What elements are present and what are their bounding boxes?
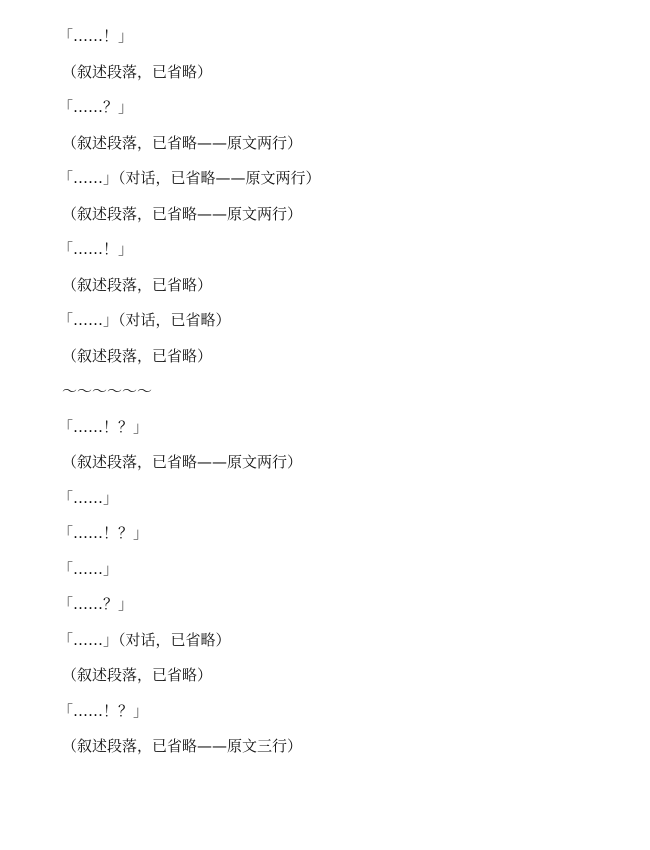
- dialogue-paragraph: 「……？」: [30, 590, 632, 619]
- narration-paragraph: （叙述段落，已省略——原文两行）: [30, 200, 632, 229]
- narration-paragraph: （叙述段落，已省略——原文两行）: [30, 448, 632, 477]
- dialogue-paragraph: 「……！」: [30, 22, 632, 51]
- narration-paragraph: （叙述段落，已省略）: [30, 342, 632, 371]
- dialogue-paragraph: 「……」（对话，已省略）: [30, 626, 632, 655]
- dialogue-paragraph: 「……」: [30, 555, 632, 584]
- dialogue-paragraph: 「……」: [30, 484, 632, 513]
- document-page: 「……！」（叙述段落，已省略）「……？」（叙述段落，已省略——原文两行）「……」…: [0, 0, 650, 850]
- narration-paragraph: （叙述段落，已省略）: [30, 58, 632, 87]
- dialogue-paragraph: 「……！？」: [30, 519, 632, 548]
- dialogue-paragraph: 「……！？」: [30, 697, 632, 726]
- narration-paragraph: （叙述段落，已省略）: [30, 271, 632, 300]
- dialogue-paragraph: 「……！？」: [30, 413, 632, 442]
- narration-paragraph: （叙述段落，已省略——原文三行）: [30, 732, 632, 761]
- dialogue-paragraph: 「……？」: [30, 93, 632, 122]
- narration-paragraph: ～～～～～～: [30, 377, 632, 406]
- narration-paragraph: （叙述段落，已省略）: [30, 661, 632, 690]
- narration-paragraph: （叙述段落，已省略——原文两行）: [30, 129, 632, 158]
- dialogue-paragraph: 「……」（对话，已省略）: [30, 306, 632, 335]
- dialogue-paragraph: 「……！」: [30, 235, 632, 264]
- dialogue-paragraph: 「……」（对话，已省略——原文两行）: [30, 164, 632, 193]
